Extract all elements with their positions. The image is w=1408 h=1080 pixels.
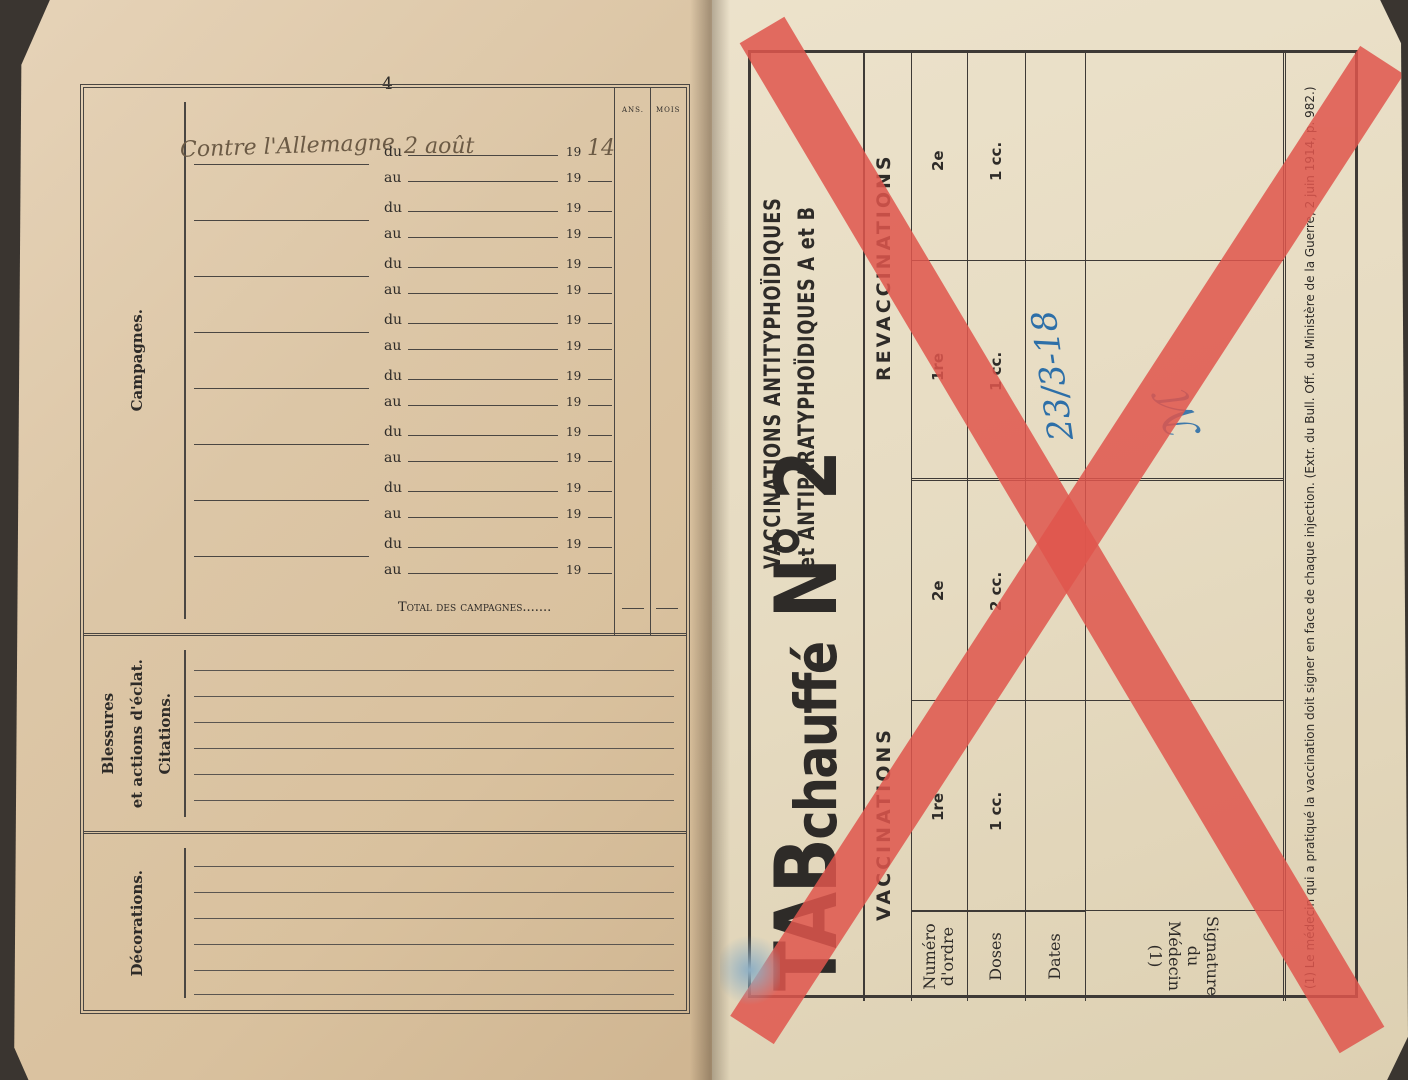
mois-header: MOIS — [656, 106, 680, 114]
brace — [184, 848, 186, 998]
revaccination-2-numero: 2e — [929, 150, 947, 171]
vaccination-1-dose: 1 cc. — [987, 792, 1005, 831]
campaign-row: du19 au19 — [194, 474, 614, 526]
signature-row-label: Signature du Médecin (1) — [1085, 911, 1283, 1001]
column-headers: VACCINATIONS REVACCINATIONS — [863, 53, 912, 1001]
revaccinations-header: REVACCINATIONS — [873, 153, 895, 381]
title-band: TABchauffé N° 2 VACCINATIONS ANTITYPHOÏD… — [751, 53, 865, 1001]
footnote: (1) Le médecin qui a pratiqué la vaccina… — [1283, 53, 1361, 1001]
brace — [184, 102, 186, 619]
citations-label: Citations. — [151, 659, 180, 808]
campaign-row: du19 au19 — [194, 362, 614, 414]
decorations-section: Décorations. — [84, 834, 686, 1012]
doses-row-label: Doses — [967, 911, 1025, 1001]
handwritten-revaccination-date: 23/3-18 — [1024, 308, 1082, 443]
blessures-section: Blessures et actions d'éclat. Citations. — [84, 636, 686, 834]
decorations-label: Décorations. — [123, 870, 152, 977]
campagnes-section: Campagnes. ANS. MOIS Contre l'Allemagne … — [84, 88, 686, 636]
vaccinations-header: VACCINATIONS — [873, 727, 895, 921]
campaign-row: du19 au19 — [194, 194, 614, 246]
handwritten-doctor-signature: ℳ — [1144, 384, 1212, 449]
numero-row-label: Numéro d'ordre — [911, 911, 967, 1001]
campaign-row: du19 au19 — [194, 530, 614, 582]
brace — [184, 650, 186, 817]
card-subtitle: VACCINATIONS ANTITYPHOÏDIQUES et ANTIPAR… — [757, 197, 825, 569]
left-page: 4 Campagnes. ANS. MOIS Contre l'Allemagn… — [0, 0, 712, 1080]
ans-column-divider — [614, 88, 615, 636]
blessures-label-line1: Blessures — [94, 659, 123, 808]
right-page: TABchauffé N° 2 VACCINATIONS ANTITYPHOÏD… — [712, 0, 1408, 1080]
blessures-label-line2: et actions d'éclat. — [123, 659, 152, 808]
vaccination-card-frame: TABchauffé N° 2 VACCINATIONS ANTITYPHOÏD… — [748, 50, 1358, 998]
campaign-row: du19 au19 — [194, 306, 614, 358]
vaccination-1-numero: 1re — [929, 793, 947, 821]
vaccination-grid: Numéro d'ordre Doses Dates Signature du … — [911, 53, 1283, 1001]
campagnes-label: Campagnes. — [123, 309, 152, 411]
campaign-row: du19 au19 — [194, 138, 614, 190]
ans-header: ANS. — [622, 106, 644, 114]
revaccination-1-numero: 1re — [929, 353, 947, 381]
campaign-row: du19 au19 — [194, 418, 614, 470]
mois-column-divider — [650, 88, 651, 636]
revaccination-2-dose: 1 cc. — [987, 142, 1005, 181]
vaccination-2-numero: 2e — [929, 580, 947, 601]
service-record-frame: Campagnes. ANS. MOIS Contre l'Allemagne … — [80, 84, 690, 1014]
dates-row-label: Dates — [1025, 911, 1085, 1001]
campaign-row: du19 au19 — [194, 250, 614, 302]
book-gutter — [690, 0, 730, 1080]
vaccination-card-rotated: TABchauffé N° 2 VACCINATIONS ANTITYPHOÏD… — [751, 53, 1361, 1001]
revaccination-1-dose: 1 cc. — [987, 352, 1005, 391]
total-campaigns-label: Total des campagnes....... — [398, 600, 551, 615]
vaccination-2-dose: 2 cc. — [987, 572, 1005, 611]
